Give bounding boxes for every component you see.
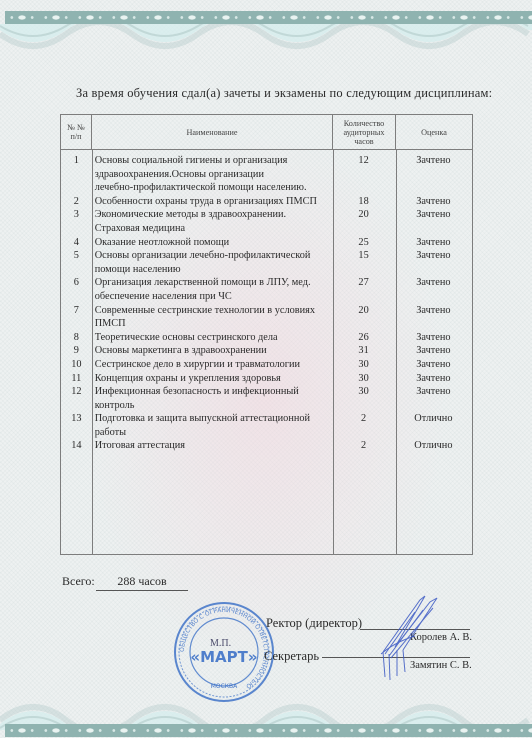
row-grade: Зачтено: [395, 249, 472, 263]
discipline-name: Экономические методы в здравоохранении.С…: [92, 208, 333, 235]
row-hours: 20: [332, 304, 394, 318]
row-hours: 12: [332, 154, 394, 168]
table-row: 9Основы маркетинга в здравоохранении31За…: [61, 344, 472, 358]
row-number: 5: [61, 249, 92, 263]
table-row: 1Основы социальной гигиены и организация…: [61, 154, 472, 195]
grades-table: № №п/п Наименование Количествоаудиторных…: [60, 114, 473, 555]
table-row: 4Оказание неотложной помощи25Зачтено: [61, 236, 472, 250]
discipline-name: Современные сестринские технологии в усл…: [92, 304, 333, 331]
discipline-name: Особенности охраны труда в организациях …: [92, 195, 333, 209]
discipline-name: Теоретические основы сестринского дела: [92, 331, 333, 345]
header-name: Наименование: [92, 115, 333, 150]
top-guilloche-waves: [0, 24, 532, 64]
row-grade: Отлично: [395, 412, 472, 426]
svg-text:«МАРТ»: «МАРТ»: [190, 648, 257, 666]
secretary-label: Секретарь: [264, 649, 319, 664]
rector-label: Ректор (директор): [266, 616, 362, 631]
row-hours: 18: [332, 195, 394, 209]
bottom-border-band: [5, 724, 532, 737]
discipline-name: Концепция охраны и укрепления здоровья: [92, 372, 333, 386]
intro-text: За время обучения сдал(а) зачеты и экзам…: [76, 86, 492, 101]
table-row: 12Инфекционная безопасность и инфекционн…: [61, 385, 472, 412]
row-number: 13: [61, 412, 92, 426]
total-hours: Всего: 288 часов: [62, 574, 95, 589]
row-grade: Зачтено: [395, 276, 472, 290]
row-number: 7: [61, 304, 92, 318]
row-number: 9: [61, 344, 92, 358]
table-body: 1Основы социальной гигиены и организация…: [61, 150, 473, 555]
table-rows: 1Основы социальной гигиены и организация…: [61, 150, 472, 453]
row-number: 3: [61, 208, 92, 222]
row-hours: 2: [332, 439, 394, 453]
total-label: Всего:: [62, 574, 95, 589]
header-grade: Оценка: [396, 115, 473, 150]
table-row: 13Подготовка и защита выпускной аттестац…: [61, 412, 472, 439]
row-grade: Зачтено: [395, 358, 472, 372]
total-value: 288 часов: [96, 574, 188, 591]
discipline-name: Инфекционная безопасность и инфекционный…: [92, 385, 333, 412]
table-header-row: № №п/п Наименование Количествоаудиторных…: [61, 115, 473, 150]
discipline-name: Итоговая аттестация: [92, 439, 333, 453]
svg-text:МОСКВА: МОСКВА: [211, 683, 238, 690]
discipline-name: Основы социальной гигиены и организацияз…: [92, 154, 333, 195]
table-row: 5Основы организации лечебно-профилактиче…: [61, 249, 472, 276]
table-row: 11Концепция охраны и укрепления здоровья…: [61, 372, 472, 386]
row-grade: Зачтено: [395, 372, 472, 386]
table-row: 7Современные сестринские технологии в ус…: [61, 304, 472, 331]
header-number: № №п/п: [61, 115, 92, 150]
discipline-name: Сестринское дело в хирургии и травматоло…: [92, 358, 333, 372]
row-hours: 26: [332, 331, 394, 345]
row-hours: 30: [332, 372, 394, 386]
row-hours: 30: [332, 358, 394, 372]
table-row: 8Теоретические основы сестринского дела2…: [61, 331, 472, 345]
row-hours: 27: [332, 276, 394, 290]
row-number: 10: [61, 358, 92, 372]
discipline-name: Подготовка и защита выпускной аттестацио…: [92, 412, 333, 439]
table-row: 3Экономические методы в здравоохранении.…: [61, 208, 472, 235]
row-number: 6: [61, 276, 92, 290]
stamp-seal-icon: ОБЩЕСТВО С ОГРАНИЧЕННОЙ ОТВЕТСТВЕННОСТЬЮ…: [170, 600, 278, 704]
row-grade: Зачтено: [395, 208, 472, 222]
row-grade: Зачтено: [395, 304, 472, 318]
header-hours: Количествоаудиторныхчасов: [333, 115, 396, 150]
row-hours: 31: [332, 344, 394, 358]
row-hours: 15: [332, 249, 394, 263]
table-row: 10Сестринское дело в хирургии и травмато…: [61, 358, 472, 372]
row-hours: 30: [332, 385, 394, 399]
row-grade: Зачтено: [395, 331, 472, 345]
row-grade: Зачтено: [395, 195, 472, 209]
row-number: 14: [61, 439, 92, 453]
discipline-name: Оказание неотложной помощи: [92, 236, 333, 250]
discipline-name: Основы организации лечебно-профилактичес…: [92, 249, 333, 276]
handwritten-signature-icon: [375, 592, 445, 682]
discipline-name: Организация лекарственной помощи в ЛПУ, …: [92, 276, 333, 303]
row-grade: Зачтено: [395, 154, 472, 168]
row-grade: Зачтено: [395, 385, 472, 399]
row-number: 11: [61, 372, 92, 386]
row-grade: Зачтено: [395, 236, 472, 250]
row-hours: 25: [332, 236, 394, 250]
row-number: 4: [61, 236, 92, 250]
table-row: 6Организация лекарственной помощи в ЛПУ,…: [61, 276, 472, 303]
row-number: 1: [61, 154, 92, 168]
row-number: 2: [61, 195, 92, 209]
row-grade: Отлично: [395, 439, 472, 453]
row-hours: 2: [332, 412, 394, 426]
row-number: 12: [61, 385, 92, 399]
row-grade: Зачтено: [395, 344, 472, 358]
table-row: 2Особенности охраны труда в организациях…: [61, 195, 472, 209]
discipline-name: Основы маркетинга в здравоохранении: [92, 344, 333, 358]
row-hours: 20: [332, 208, 394, 222]
top-border-band: [5, 11, 532, 24]
row-number: 8: [61, 331, 92, 345]
table-row: 14Итоговая аттестация2Отлично: [61, 439, 472, 453]
